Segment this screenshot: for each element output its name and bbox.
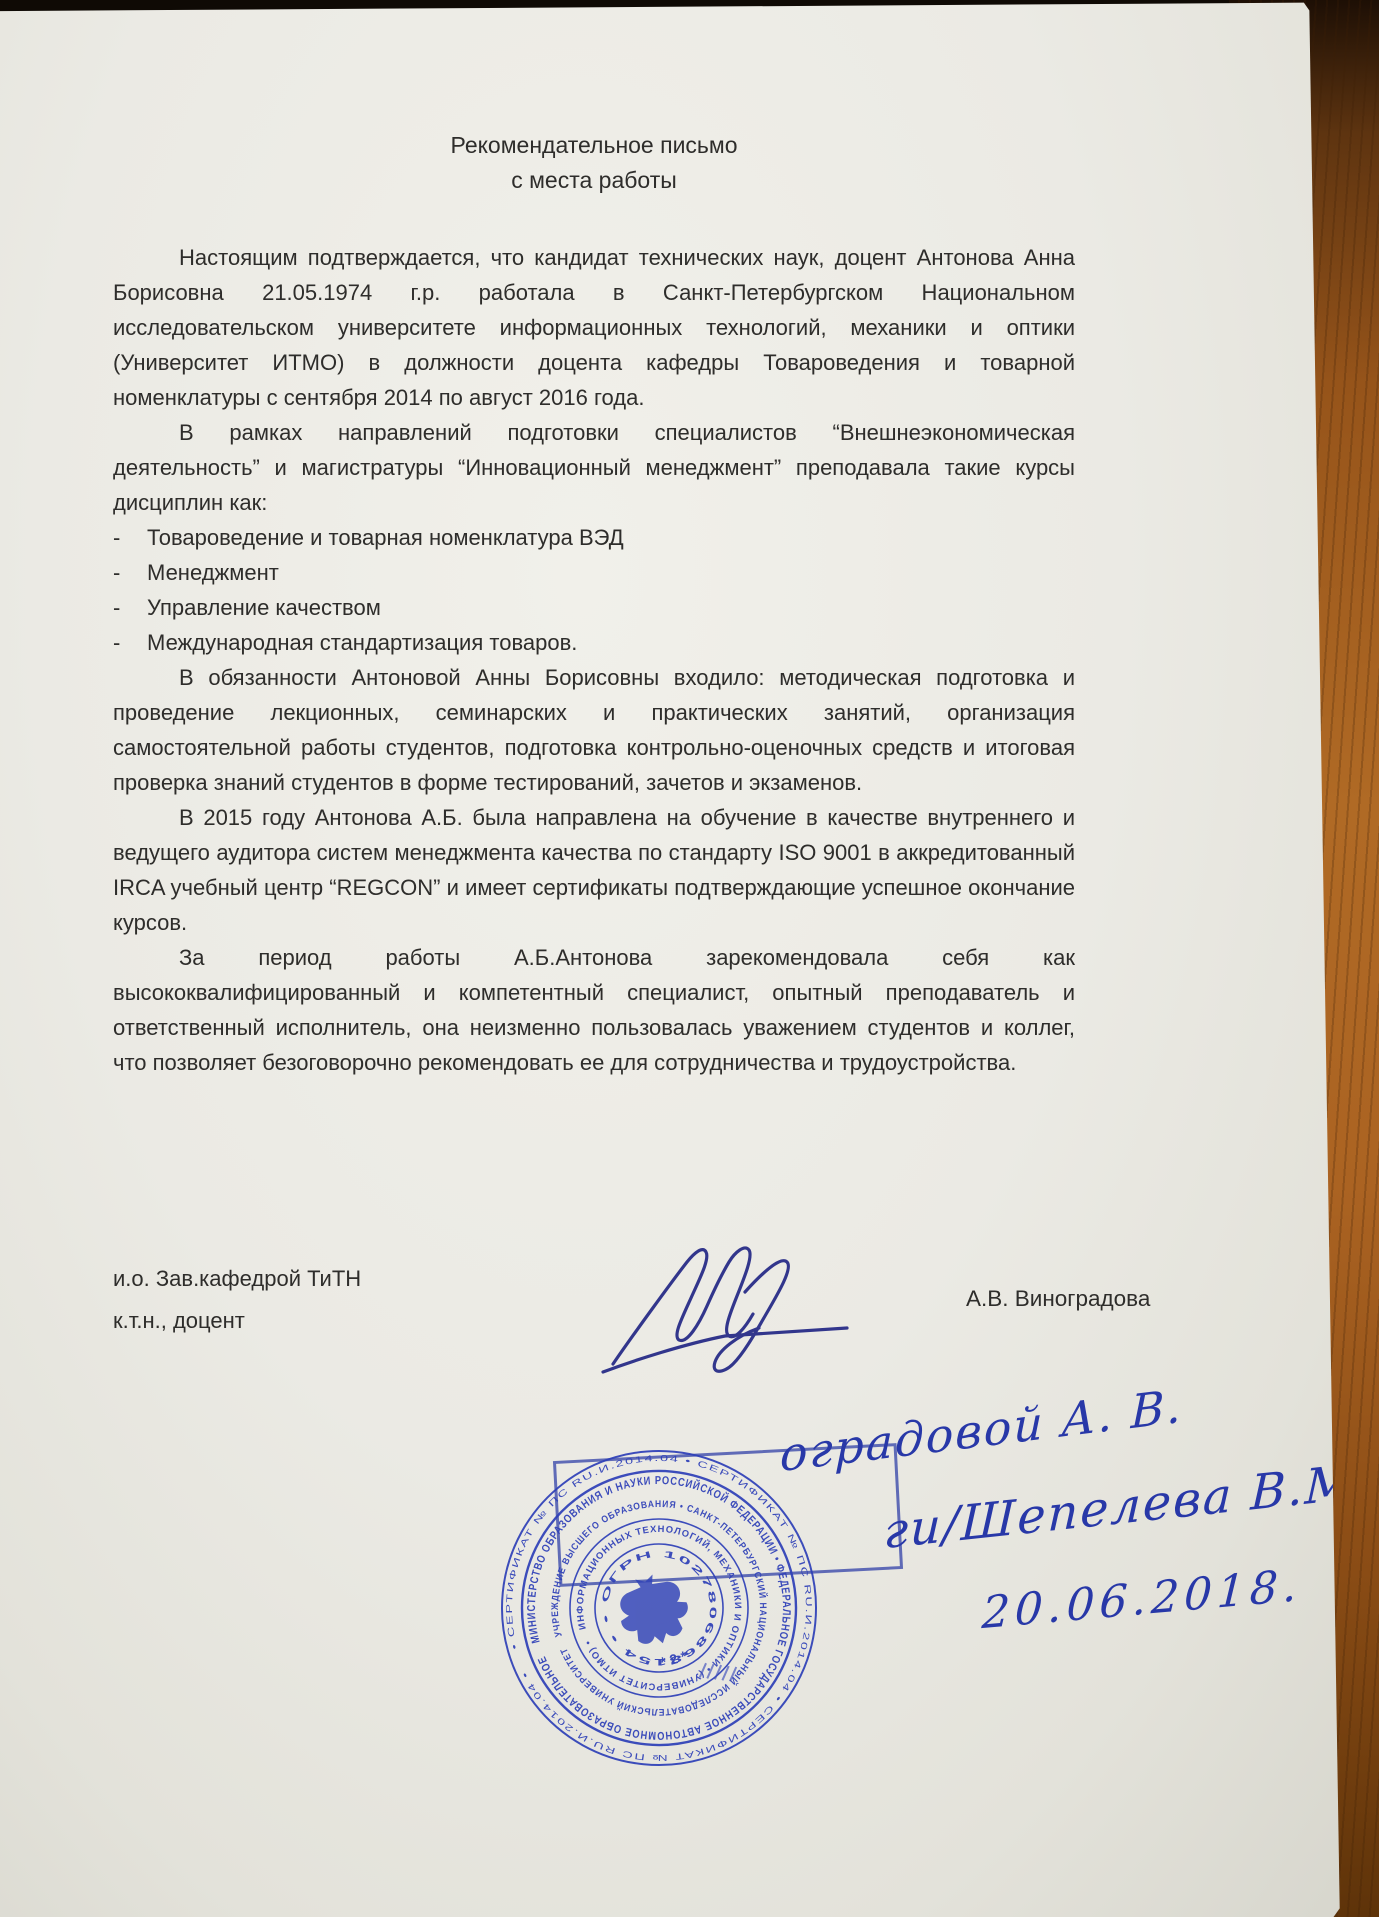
course-name: Менеджмент [147, 555, 279, 590]
list-dash: - [113, 555, 147, 590]
signoff-position-line2: к.т.н., доцент [113, 1300, 361, 1342]
list-item: - Международная стандартизация товаров. [113, 625, 1075, 660]
list-item: - Управление качеством [113, 590, 1075, 625]
list-dash: - [113, 590, 147, 625]
double-headed-eagle-icon [610, 1566, 695, 1653]
list-dash: - [113, 520, 147, 555]
list-item: - Товароведение и товарная номенклатура … [113, 520, 1075, 555]
signoff-position: и.о. Зав.кафедрой ТиТН к.т.н., доцент [113, 1258, 361, 1342]
course-name: Товароведение и товарная номенклатура ВЭ… [147, 520, 624, 555]
signature-ink [595, 1232, 865, 1387]
signoff-name: А.В. Виноградова [966, 1286, 1150, 1312]
paragraph-training: В 2015 году Антонова А.Б. была направлен… [113, 800, 1075, 940]
course-name: Международная стандартизация товаров. [147, 625, 577, 660]
handwritten-date: 20.06.2018. [981, 1560, 1303, 1639]
list-item: - Менеджмент [113, 555, 1075, 590]
course-name: Управление качеством [147, 590, 381, 625]
signoff-position-line1: и.о. Зав.кафедрой ТиТН [113, 1258, 361, 1300]
handwritten-note-name: оградовой А. В. [780, 1378, 1184, 1482]
letter-body: Рекомендательное письмо с места работы Н… [113, 0, 1075, 1080]
paragraph-intro: Настоящим подтверждается, что кандидат т… [113, 240, 1075, 415]
paragraph-duties: В обязанности Антоновой Анны Борисовны в… [113, 660, 1075, 800]
letter-paper: Рекомендательное письмо с места работы Н… [0, 0, 1379, 1917]
list-dash: - [113, 625, 147, 660]
letter-title-line1: Рекомендательное письмо [113, 128, 1075, 163]
letter-title-line2: с места работы [113, 163, 1075, 198]
handwritten-note-surname: ги/Шепелева В.М [883, 1454, 1357, 1560]
paragraph-recommendation: За период работы А.Б.Антонова зарекоменд… [113, 940, 1075, 1080]
paragraph-programs: В рамках направлений подготовки специали… [113, 415, 1075, 520]
photo-of-document: Рекомендательное письмо с места работы Н… [0, 0, 1379, 1917]
